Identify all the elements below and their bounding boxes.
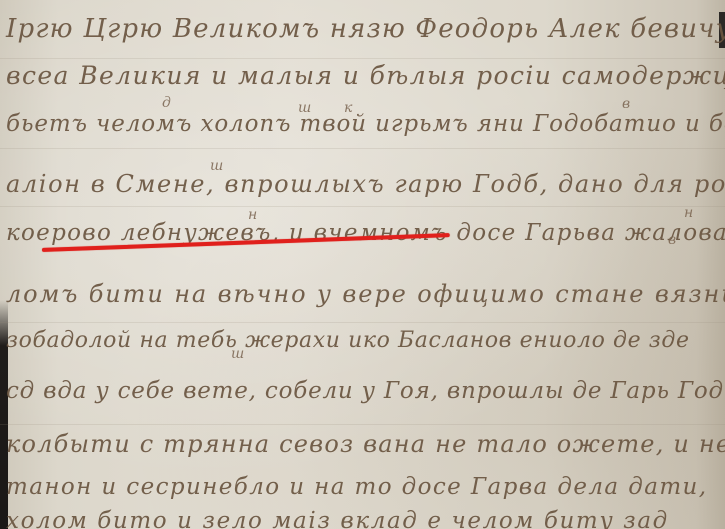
manuscript-line-11: холом бито и зело маіз вклад е челом бит… bbox=[6, 510, 669, 529]
manuscript-line-7: зобадолой на тебь жерахи ико Басланов ен… bbox=[6, 330, 690, 352]
superscript-letter: к bbox=[344, 100, 352, 116]
superscript-letter: н bbox=[248, 207, 257, 223]
manuscript-line-6: ломъ бити на вѣчно у вере официмо стане … bbox=[6, 282, 725, 306]
paper-fiber bbox=[0, 424, 725, 425]
paper-fiber bbox=[0, 58, 725, 59]
paper-fiber bbox=[0, 322, 725, 323]
manuscript-line-5: коерово лебнужевъ, и вчемномъ досе Гарьв… bbox=[6, 222, 725, 245]
manuscript-line-8: сд вда у себе вете, собели у Гоя, впрошл… bbox=[6, 380, 725, 403]
manuscript-line-3: бьетъ челомъ холопъ твой игрьмъ яни Годо… bbox=[6, 113, 725, 136]
superscript-letter: ш bbox=[231, 346, 244, 362]
superscript-letter: н bbox=[684, 205, 693, 221]
paper-fiber bbox=[0, 206, 725, 207]
manuscript-line-9: колбыти с трянна севоз вана не тало ожет… bbox=[6, 432, 725, 456]
superscript-letter: в bbox=[622, 96, 630, 112]
superscript-letter: в bbox=[668, 232, 676, 248]
manuscript-page: Іргю Цгрю Великомъ нязю Феодорь Алек бев… bbox=[0, 0, 725, 529]
manuscript-line-10: танон и сесринебло и на то досе Гарва де… bbox=[6, 476, 707, 499]
paper-fiber bbox=[0, 148, 725, 149]
manuscript-line-4: аліон в Смене, впрошлыхъ гарю Годб, дано… bbox=[6, 172, 725, 196]
superscript-letter: ш bbox=[298, 100, 311, 116]
manuscript-line-1: Іргю Цгрю Великомъ нязю Феодорь Алек бев… bbox=[6, 16, 725, 42]
superscript-letter: ш bbox=[210, 158, 223, 174]
superscript-letter: д bbox=[162, 95, 171, 111]
manuscript-line-2: всеа Великия и малыя и бѣлыя росіи самод… bbox=[6, 63, 725, 88]
